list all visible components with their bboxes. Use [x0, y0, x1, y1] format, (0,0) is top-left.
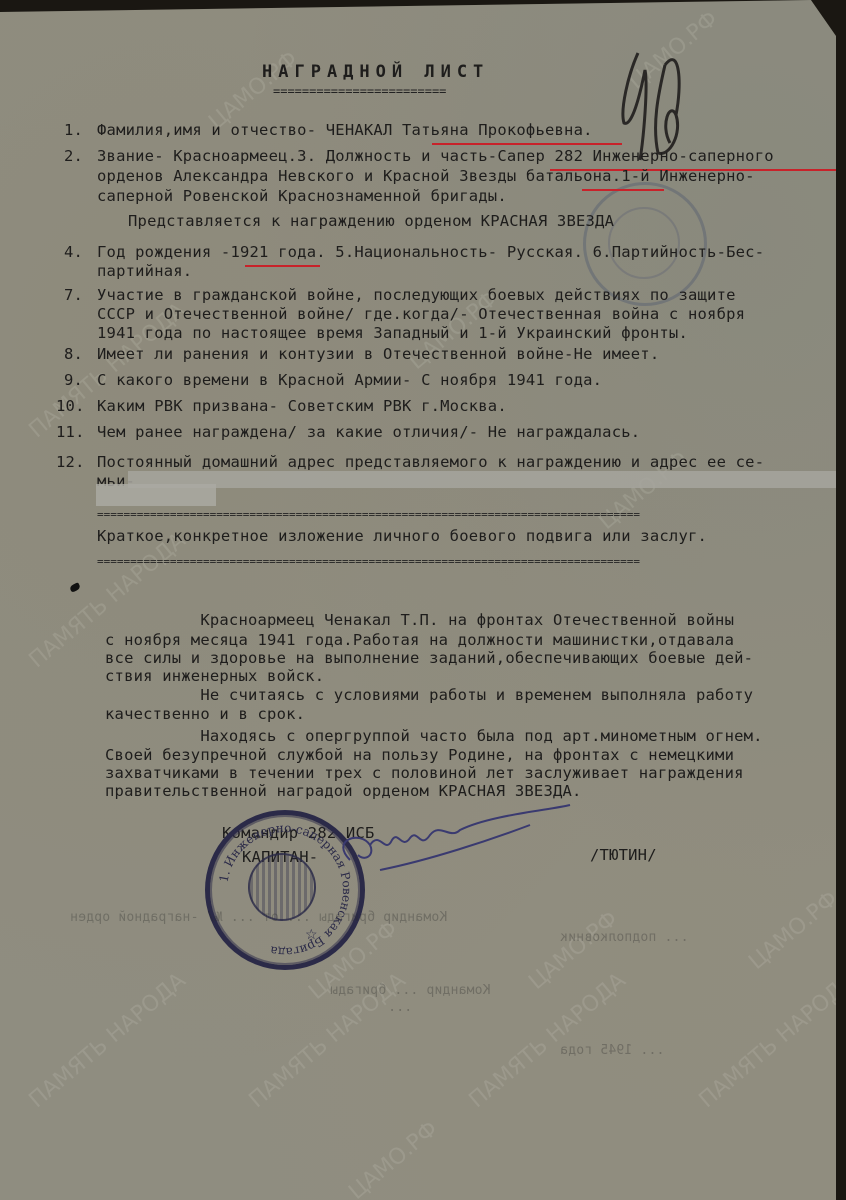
item-1-name: Фамилия,имя и отчество- ЧЕНАКАЛ Татьяна …: [97, 121, 593, 139]
bleed-line: Командир ... бригады: [330, 983, 491, 998]
item-4-birth-nationality: Год рождения -1921 года. 5.Национальност…: [97, 243, 764, 261]
narrative-line: правительственной наградой орденом КРАСН…: [105, 782, 582, 800]
red-underline: [582, 189, 664, 191]
narrative-line: с ноября месяца 1941 года.Работая на дол…: [105, 631, 734, 649]
narrative-line: все силы и здоровье на выполнение задани…: [105, 649, 753, 667]
narrative-line: Своей безупречной службой на пользу Роди…: [105, 746, 734, 764]
item-number: 7.: [64, 286, 83, 304]
section-rule: ========================================…: [97, 555, 839, 568]
bleed-through-text: ... 1945 года: [560, 1043, 664, 1058]
item-10-conscription: Каким РВК призвана- Советским РВК г.Моск…: [97, 397, 507, 415]
narrative-line: качественно и в срок.: [105, 705, 305, 723]
item-2-line-2: орденов Александра Невского и Красной Зв…: [97, 167, 755, 185]
item-4-line-2: партийная.: [97, 262, 192, 280]
redacted-address: [128, 471, 840, 488]
item-number: 9.: [64, 371, 83, 389]
bleed-line: Командир бригады ... от ... №/ -наградно…: [70, 910, 447, 925]
item-2-line-3: саперной Ровенской Краснознаменной брига…: [97, 187, 507, 205]
bleed-line: ... 1945 года: [560, 1043, 664, 1058]
red-underline: [245, 265, 320, 267]
watermark: ПАМЯТЬ НАРОДА: [26, 970, 190, 1113]
narrative-line: Находясь с опергруппой часто была под ар…: [105, 727, 763, 745]
narrative-line: Красноармеец Ченакал Т.П. на фронтах Оте…: [105, 611, 734, 629]
document-sheet: ЦАМО.РФ ЦАМО.РФ ПАМЯТЬ НАРОДА ЦАМО.РФ ЦА…: [0, 0, 836, 1200]
item-number: 11.: [56, 423, 85, 441]
item-9-service-since: С какого времени в Красной Армии- С нояб…: [97, 371, 602, 389]
item-number: 12.: [56, 453, 85, 471]
bleed-through-text: ... подполковник: [560, 930, 688, 945]
watermark: ЦАМО.РФ: [346, 1118, 443, 1200]
narrative-line: ствия инженерных войск.: [105, 667, 324, 685]
star-icon: ☆: [305, 927, 318, 944]
section-rule: ========================================…: [97, 508, 839, 521]
item-12-address: Постоянный домашний адрес представляемог…: [97, 453, 764, 471]
commander-name: /ТЮТИН/: [590, 846, 657, 864]
item-7-line-3: 1941 года по настоящее время Западный и …: [97, 324, 688, 342]
item-number: 2.: [64, 147, 83, 165]
bleed-through-text: Командир ... бригады: [330, 983, 491, 998]
item-7-line-2: СССР и Отечественной войне/ где.когда/- …: [97, 305, 745, 323]
watermark: ЦАМО.РФ: [746, 888, 843, 974]
narrative-line: захватчиками в течении трех с половиной …: [105, 764, 744, 782]
redacted-address: [96, 484, 216, 506]
item-number: 8.: [64, 345, 83, 363]
bleed-through-text: Командир бригады ... от ... №/ -наградно…: [70, 910, 447, 925]
item-7-line-1: Участие в гражданской войне, последующих…: [97, 286, 736, 304]
title-rule: ========================: [273, 84, 535, 98]
narrative-line: Не считаясь с условиями работы и времене…: [105, 686, 753, 704]
red-underline: [432, 143, 622, 145]
item-number: 10.: [56, 397, 85, 415]
section-heading: Краткое,конкретное изложение личного бое…: [97, 527, 707, 545]
ink-blot: [69, 582, 81, 593]
award-presentation: Представляется к награждению орденом КРА…: [128, 212, 614, 230]
item-11-previous-awards: Чем ранее награждена/ за какие отличия/-…: [97, 423, 640, 441]
handwritten-signature: [320, 800, 580, 880]
item-8-wounds: Имеет ли ранения и контузии в Отечествен…: [97, 345, 659, 363]
item-number: 1.: [64, 121, 83, 139]
watermark: ПАМЯТЬ НАРОДА: [696, 970, 846, 1113]
item-2-rank-position: Звание- Красноармеец.3. Должность и част…: [97, 147, 774, 165]
bleed-line: ...: [380, 1000, 412, 1015]
handwritten-archive-number: [610, 15, 710, 165]
bleed-line: ... подполковник: [560, 930, 688, 945]
watermark: ЦАМО.РФ: [526, 908, 623, 994]
bleed-through-text: ...: [380, 1000, 412, 1015]
document-title: НАГРАДНОЙ ЛИСТ: [262, 62, 489, 82]
item-number: 4.: [64, 243, 83, 261]
